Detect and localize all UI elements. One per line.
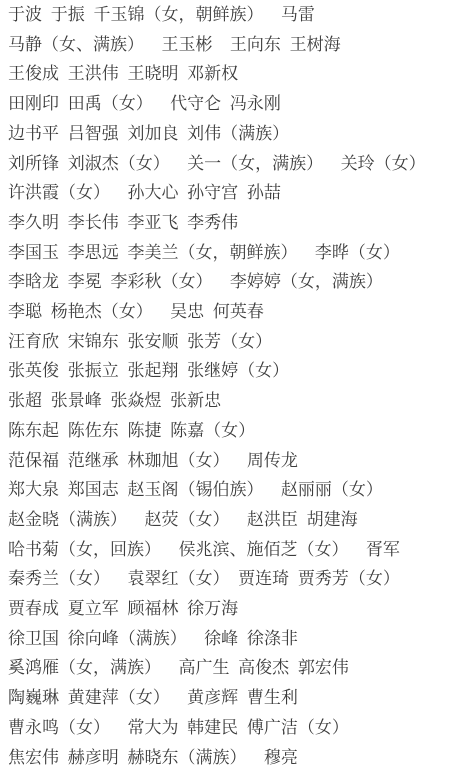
name-list-line: 张英俊 张振立 张起翔 张继婷（女） — [8, 356, 440, 386]
name-list-line: 张超 张景峰 张焱煜 张新忠 — [8, 386, 440, 416]
name-list-line: 陶巍琳 黄建萍（女） 黄彦辉 曹生利 — [8, 683, 440, 713]
name-list-line: 秦秀兰（女） 袁翠红（女） 贾连琦 贾秀芳（女） — [8, 564, 440, 594]
name-list-line: 贾春成 夏立军 顾福林 徐万海 — [8, 594, 440, 624]
name-list-line: 徐卫国 徐向峰（满族） 徐峰 徐涤非 — [8, 624, 440, 654]
name-list-line: 李晗龙 李冕 李彩秋（女） 李婷婷（女，满族） — [8, 267, 440, 297]
name-list-line: 马静（女、满族） 王玉彬 王向东 王树海 — [8, 30, 440, 60]
name-list-line: 边书平 吕智强 刘加良 刘伟（满族） — [8, 119, 440, 149]
name-list-line: 李国玉 李思远 李美兰（女，朝鲜族） 李晔（女） — [8, 238, 440, 268]
name-list-line: 李聪 杨艳杰（女） 吴忠 何英春 — [8, 297, 440, 327]
name-list-line: 赵金晓（满族） 赵荧（女） 赵洪臣 胡建海 — [8, 505, 440, 535]
name-list-line: 陈东起 陈佐东 陈捷 陈嘉（女） — [8, 416, 440, 446]
name-list-line: 汪育欣 宋锦东 张安顺 张芳（女） — [8, 327, 440, 357]
name-list-line: 于波 于振 千玉锦（女，朝鲜族） 马雷 — [8, 0, 440, 30]
name-list-line: 李久明 李长伟 李亚飞 李秀伟 — [8, 208, 440, 238]
name-list-line: 曹永鸣（女） 常大为 韩建民 傅广洁（女） — [8, 713, 440, 743]
name-list-line: 哈书菊（女，回族） 侯兆滨、施佰芝（女） 胥军 — [8, 535, 440, 565]
name-list-line: 范保福 范继承 林珈旭（女） 周传龙 — [8, 446, 440, 476]
name-list-line: 奚鸿雁（女，满族） 高广生 高俊杰 郭宏伟 — [8, 653, 440, 683]
name-list-line: 郑大泉 郑国志 赵玉阁（锡伯族） 赵丽丽（女） — [8, 475, 440, 505]
name-list-line: 刘所锋 刘淑杰（女） 关一（女，满族） 关玲（女） — [8, 149, 440, 179]
name-list-line: 王俊成 王洪伟 王晓明 邓新权 — [8, 59, 440, 89]
name-list-line: 田刚印 田禹（女） 代守仑 冯永刚 — [8, 89, 440, 119]
name-list-line: 焦宏伟 赫彦明 赫晓东（满族） 穆亮 — [8, 743, 440, 772]
name-list: 于波 于振 千玉锦（女，朝鲜族） 马雷 马静（女、满族） 王玉彬 王向东 王树海… — [0, 0, 450, 772]
name-list-line: 许洪霞（女） 孙大心 孙守宫 孙喆 — [8, 178, 440, 208]
